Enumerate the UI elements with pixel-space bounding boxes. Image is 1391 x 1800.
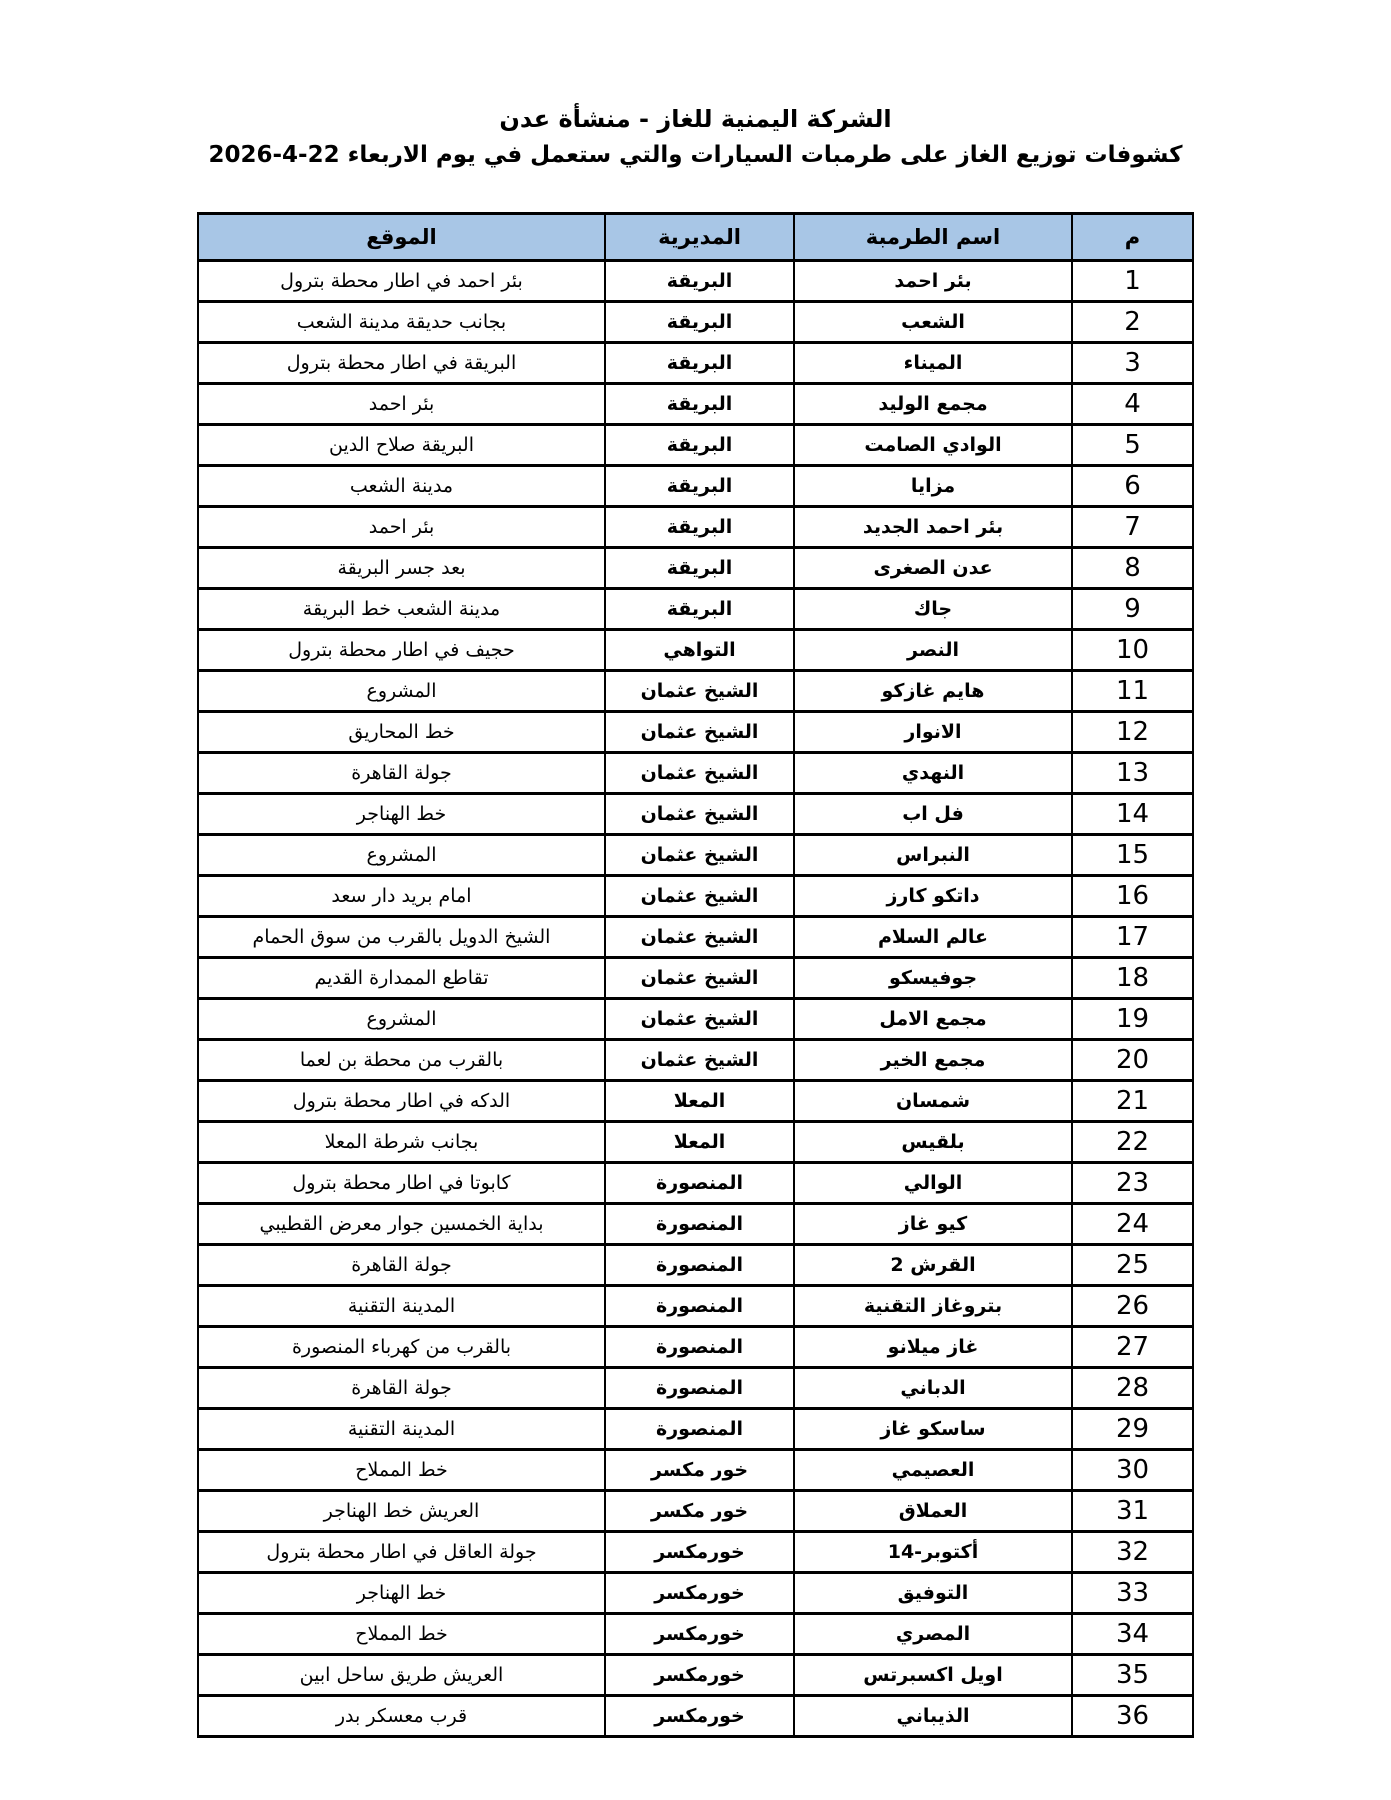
cell-row-number: 13 — [1072, 752, 1193, 793]
cell-location: بجانب حديقة مدينة الشعب — [198, 301, 605, 342]
cell-location: بعد جسر البريقة — [198, 547, 605, 588]
cell-pump-name: العصيمي — [794, 1449, 1072, 1490]
cell-row-number: 6 — [1072, 465, 1193, 506]
cell-location: بئر احمد في اطار محطة بترول — [198, 260, 605, 301]
column-header-district: المديرية — [605, 213, 794, 260]
cell-pump-name: العملاق — [794, 1490, 1072, 1531]
cell-pump-name: مجمع الوليد — [794, 383, 1072, 424]
table-row: 25القرش 2المنصورةجولة القاهرة — [198, 1244, 1193, 1285]
cell-district: المنصورة — [605, 1408, 794, 1449]
cell-district: خورمكسر — [605, 1531, 794, 1572]
table-row: 14فل ابالشيخ عثمانخط الهناجر — [198, 793, 1193, 834]
cell-district: المعلا — [605, 1121, 794, 1162]
cell-district: الشيخ عثمان — [605, 957, 794, 998]
cell-row-number: 27 — [1072, 1326, 1193, 1367]
cell-location: بالقرب من محطة بن لعما — [198, 1039, 605, 1080]
cell-location: خط الهناجر — [198, 793, 605, 834]
cell-district: البريقة — [605, 547, 794, 588]
cell-location: المشروع — [198, 834, 605, 875]
cell-district: البريقة — [605, 301, 794, 342]
document-subtitle: كشوفات توزيع الغاز على طرمبات السيارات و… — [0, 141, 1391, 170]
cell-row-number: 1 — [1072, 260, 1193, 301]
cell-row-number: 9 — [1072, 588, 1193, 629]
cell-location: جولة القاهرة — [198, 1244, 605, 1285]
cell-location: المدينة التقنية — [198, 1285, 605, 1326]
table-row: 28الدبانيالمنصورةجولة القاهرة — [198, 1367, 1193, 1408]
cell-pump-name: المصري — [794, 1613, 1072, 1654]
cell-district: الشيخ عثمان — [605, 793, 794, 834]
cell-row-number: 12 — [1072, 711, 1193, 752]
cell-row-number: 33 — [1072, 1572, 1193, 1613]
cell-pump-name: الشعب — [794, 301, 1072, 342]
cell-district: الشيخ عثمان — [605, 834, 794, 875]
cell-pump-name: مجمع الخير — [794, 1039, 1072, 1080]
cell-district: المنصورة — [605, 1244, 794, 1285]
cell-district: الشيخ عثمان — [605, 752, 794, 793]
cell-pump-name: غاز ميلانو — [794, 1326, 1072, 1367]
cell-pump-name: مزايا — [794, 465, 1072, 506]
cell-location: بئر احمد — [198, 506, 605, 547]
cell-pump-name: فل اب — [794, 793, 1072, 834]
table-row: 6مزاياالبريقةمدينة الشعب — [198, 465, 1193, 506]
cell-row-number: 35 — [1072, 1654, 1193, 1695]
table-row: 30العصيميخور مكسرخط المملاح — [198, 1449, 1193, 1490]
cell-pump-name: الميناء — [794, 342, 1072, 383]
cell-district: المعلا — [605, 1080, 794, 1121]
cell-pump-name: بئر احمد الجديد — [794, 506, 1072, 547]
table-row: 36الذيبانيخورمكسرقرب معسكر بدر — [198, 1695, 1193, 1736]
table-row: 24كيو غازالمنصورةبداية الخمسين جوار معرض… — [198, 1203, 1193, 1244]
cell-location: المدينة التقنية — [198, 1408, 605, 1449]
cell-pump-name: جاك — [794, 588, 1072, 629]
cell-pump-name: اويل اكسبرتس — [794, 1654, 1072, 1695]
cell-location: مدينة الشعب خط البريقة — [198, 588, 605, 629]
cell-district: الشيخ عثمان — [605, 998, 794, 1039]
cell-location: جولة القاهرة — [198, 752, 605, 793]
cell-pump-name: بتروغاز التقنية — [794, 1285, 1072, 1326]
cell-location: الشيخ الدويل بالقرب من سوق الحمام — [198, 916, 605, 957]
cell-district: الشيخ عثمان — [605, 1039, 794, 1080]
table-row: 5الوادي الصامتالبريقةالبريقة صلاح الدين — [198, 424, 1193, 465]
table-row: 21شمسانالمعلاالدكه في اطار محطة بترول — [198, 1080, 1193, 1121]
table-row: 17عالم السلامالشيخ عثمانالشيخ الدويل بال… — [198, 916, 1193, 957]
cell-row-number: 11 — [1072, 670, 1193, 711]
table-row: 16داتكو كارزالشيخ عثمانامام بريد دار سعد — [198, 875, 1193, 916]
table-row: 33التوفيقخورمكسرخط الهناجر — [198, 1572, 1193, 1613]
cell-location: تقاطع الممدارة القديم — [198, 957, 605, 998]
column-header-pump-name: اسم الطرمبة — [794, 213, 1072, 260]
table-row: 7بئر احمد الجديدالبريقةبئر احمد — [198, 506, 1193, 547]
table-row: 3الميناءالبريقةالبريقة في اطار محطة بترو… — [198, 342, 1193, 383]
column-header-no: م — [1072, 213, 1193, 260]
cell-pump-name: ساسكو غاز — [794, 1408, 1072, 1449]
table-row: 27غاز ميلانوالمنصورةبالقرب من كهرباء الم… — [198, 1326, 1193, 1367]
table-row: 11هايم غازكوالشيخ عثمانالمشروع — [198, 670, 1193, 711]
cell-district: المنصورة — [605, 1203, 794, 1244]
cell-row-number: 24 — [1072, 1203, 1193, 1244]
cell-district: خورمكسر — [605, 1695, 794, 1736]
cell-pump-name: ⁦14-أكتوبر⁩ — [794, 1531, 1072, 1572]
cell-district: البريقة — [605, 465, 794, 506]
cell-row-number: 3 — [1072, 342, 1193, 383]
cell-row-number: 19 — [1072, 998, 1193, 1039]
cell-row-number: 16 — [1072, 875, 1193, 916]
table-row: 4مجمع الوليدالبريقةبئر احمد — [198, 383, 1193, 424]
cell-location: البريقة صلاح الدين — [198, 424, 605, 465]
cell-location: قرب معسكر بدر — [198, 1695, 605, 1736]
cell-location: حجيف في اطار محطة بترول — [198, 629, 605, 670]
cell-location: خط المملاح — [198, 1613, 605, 1654]
cell-row-number: 36 — [1072, 1695, 1193, 1736]
cell-row-number: 22 — [1072, 1121, 1193, 1162]
cell-row-number: 10 — [1072, 629, 1193, 670]
cell-district: المنصورة — [605, 1162, 794, 1203]
cell-row-number: 18 — [1072, 957, 1193, 998]
cell-location: المشروع — [198, 670, 605, 711]
table-row: 2الشعبالبريقةبجانب حديقة مدينة الشعب — [198, 301, 1193, 342]
cell-row-number: 32 — [1072, 1531, 1193, 1572]
cell-location: العريش خط الهناجر — [198, 1490, 605, 1531]
cell-district: خورمكسر — [605, 1654, 794, 1695]
cell-pump-name: النهدي — [794, 752, 1072, 793]
cell-pump-name: عدن الصغرى — [794, 547, 1072, 588]
cell-row-number: 5 — [1072, 424, 1193, 465]
cell-pump-name: الانوار — [794, 711, 1072, 752]
cell-row-number: 25 — [1072, 1244, 1193, 1285]
table-row: 18جوفيسكوالشيخ عثمانتقاطع الممدارة القدي… — [198, 957, 1193, 998]
table-row: 32⁦14-أكتوبر⁩خورمكسرجولة العاقل في اطار … — [198, 1531, 1193, 1572]
cell-row-number: 14 — [1072, 793, 1193, 834]
cell-district: خور مكسر — [605, 1490, 794, 1531]
cell-row-number: 20 — [1072, 1039, 1193, 1080]
cell-district: البريقة — [605, 383, 794, 424]
cell-pump-name: جوفيسكو — [794, 957, 1072, 998]
cell-pump-name: مجمع الامل — [794, 998, 1072, 1039]
column-header-location: الموقع — [198, 213, 605, 260]
cell-location: كابوتا في اطار محطة بترول — [198, 1162, 605, 1203]
table-row: 34المصريخورمكسرخط المملاح — [198, 1613, 1193, 1654]
cell-district: الشيخ عثمان — [605, 670, 794, 711]
cell-pump-name: الذيباني — [794, 1695, 1072, 1736]
cell-district: خورمكسر — [605, 1572, 794, 1613]
table-row: 20مجمع الخيرالشيخ عثمانبالقرب من محطة بن… — [198, 1039, 1193, 1080]
cell-pump-name: بئر احمد — [794, 260, 1072, 301]
cell-row-number: 15 — [1072, 834, 1193, 875]
document-page: الشركة اليمنية للغاز - منشأة عدن كشوفات … — [0, 0, 1391, 1800]
cell-location: الدكه في اطار محطة بترول — [198, 1080, 605, 1121]
cell-pump-name: الدباني — [794, 1367, 1072, 1408]
cell-district: البريقة — [605, 506, 794, 547]
cell-district: المنصورة — [605, 1326, 794, 1367]
cell-row-number: 30 — [1072, 1449, 1193, 1490]
cell-pump-name: كيو غاز — [794, 1203, 1072, 1244]
cell-district: المنصورة — [605, 1367, 794, 1408]
table-row: 31العملاقخور مكسرالعريش خط الهناجر — [198, 1490, 1193, 1531]
cell-pump-name: التوفيق — [794, 1572, 1072, 1613]
cell-district: الشيخ عثمان — [605, 711, 794, 752]
table-body: 1بئر احمدالبريقةبئر احمد في اطار محطة بت… — [198, 260, 1193, 1736]
cell-row-number: 17 — [1072, 916, 1193, 957]
table-header-row: م اسم الطرمبة المديرية الموقع — [198, 213, 1193, 260]
table-row: 23الواليالمنصورةكابوتا في اطار محطة بترو… — [198, 1162, 1193, 1203]
cell-district: الشيخ عثمان — [605, 916, 794, 957]
cell-location: المشروع — [198, 998, 605, 1039]
cell-location: بداية الخمسين جوار معرض القطيبي — [198, 1203, 605, 1244]
cell-row-number: 26 — [1072, 1285, 1193, 1326]
table-row: 12الانوارالشيخ عثمانخط المحاريق — [198, 711, 1193, 752]
table-row: 8عدن الصغرىالبريقةبعد جسر البريقة — [198, 547, 1193, 588]
cell-row-number: 31 — [1072, 1490, 1193, 1531]
cell-location: خط المملاح — [198, 1449, 605, 1490]
cell-location: خط المحاريق — [198, 711, 605, 752]
cell-location: بجانب شرطة المعلا — [198, 1121, 605, 1162]
cell-pump-name: هايم غازكو — [794, 670, 1072, 711]
cell-location: خط الهناجر — [198, 1572, 605, 1613]
table-row: 1بئر احمدالبريقةبئر احمد في اطار محطة بت… — [198, 260, 1193, 301]
table-row: 35اويل اكسبرتسخورمكسرالعريش طريق ساحل اب… — [198, 1654, 1193, 1695]
cell-district: البريقة — [605, 260, 794, 301]
cell-district: خورمكسر — [605, 1613, 794, 1654]
cell-location: جولة القاهرة — [198, 1367, 605, 1408]
cell-location: مدينة الشعب — [198, 465, 605, 506]
cell-location: البريقة في اطار محطة بترول — [198, 342, 605, 383]
table-row: 10النصرالتواهيحجيف في اطار محطة بترول — [198, 629, 1193, 670]
table-row: 29ساسكو غازالمنصورةالمدينة التقنية — [198, 1408, 1193, 1449]
cell-row-number: 28 — [1072, 1367, 1193, 1408]
table-row: 22بلقيسالمعلابجانب شرطة المعلا — [198, 1121, 1193, 1162]
cell-pump-name: شمسان — [794, 1080, 1072, 1121]
cell-row-number: 2 — [1072, 301, 1193, 342]
cell-pump-name: الوالي — [794, 1162, 1072, 1203]
cell-district: المنصورة — [605, 1285, 794, 1326]
cell-location: امام بريد دار سعد — [198, 875, 605, 916]
cell-district: البريقة — [605, 342, 794, 383]
cell-pump-name: النبراس — [794, 834, 1072, 875]
cell-row-number: 7 — [1072, 506, 1193, 547]
cell-pump-name: الوادي الصامت — [794, 424, 1072, 465]
cell-district: البريقة — [605, 588, 794, 629]
document-title: الشركة اليمنية للغاز - منشأة عدن — [0, 104, 1391, 134]
table-row: 15النبراسالشيخ عثمانالمشروع — [198, 834, 1193, 875]
cell-row-number: 29 — [1072, 1408, 1193, 1449]
cell-row-number: 8 — [1072, 547, 1193, 588]
table-row: 26بتروغاز التقنيةالمنصورةالمدينة التقنية — [198, 1285, 1193, 1326]
cell-pump-name: عالم السلام — [794, 916, 1072, 957]
table-row: 9جاكالبريقةمدينة الشعب خط البريقة — [198, 588, 1193, 629]
table-row: 13النهديالشيخ عثمانجولة القاهرة — [198, 752, 1193, 793]
cell-district: الشيخ عثمان — [605, 875, 794, 916]
cell-pump-name: داتكو كارز — [794, 875, 1072, 916]
cell-location: جولة العاقل في اطار محطة بترول — [198, 1531, 605, 1572]
cell-district: البريقة — [605, 424, 794, 465]
cell-pump-name: القرش 2 — [794, 1244, 1072, 1285]
cell-location: بالقرب من كهرباء المنصورة — [198, 1326, 605, 1367]
cell-pump-name: النصر — [794, 629, 1072, 670]
cell-row-number: 4 — [1072, 383, 1193, 424]
cell-district: خور مكسر — [605, 1449, 794, 1490]
cell-location: العريش طريق ساحل ابين — [198, 1654, 605, 1695]
cell-row-number: 23 — [1072, 1162, 1193, 1203]
cell-row-number: 21 — [1072, 1080, 1193, 1121]
table-row: 19مجمع الاملالشيخ عثمانالمشروع — [198, 998, 1193, 1039]
cell-row-number: 34 — [1072, 1613, 1193, 1654]
cell-location: بئر احمد — [198, 383, 605, 424]
gas-distribution-table: م اسم الطرمبة المديرية الموقع 1بئر احمدا… — [197, 212, 1194, 1738]
cell-district: التواهي — [605, 629, 794, 670]
cell-pump-name: بلقيس — [794, 1121, 1072, 1162]
